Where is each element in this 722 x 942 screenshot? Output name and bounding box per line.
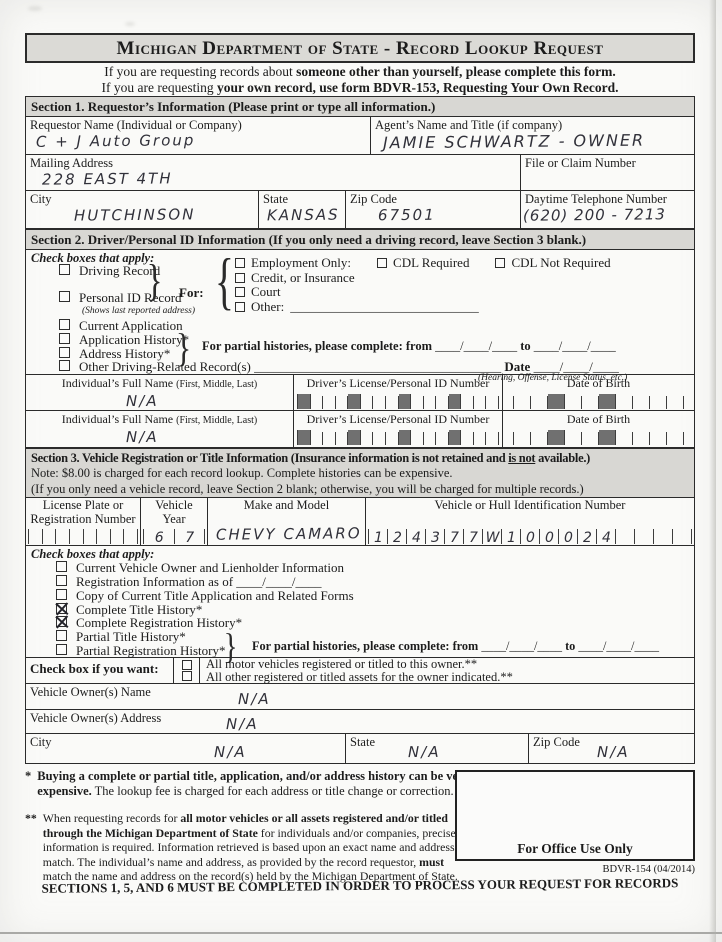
char-cell [616,396,633,409]
form-instructions: If you are requesting records about some… [25,63,695,96]
owner-city-row: City N/A State N/A Zip Code N/A [25,734,695,764]
vehicle-year-column: Vehicle Year 67 [141,498,208,545]
char-cell: 1 [368,529,388,544]
cdl-not-required-label: CDL Not Required [511,255,610,271]
cdl-required-label: CDL Required [393,255,469,271]
license-number-cells [297,428,499,445]
char-cell [336,396,349,409]
file-claim-field: File or Claim Number [521,155,694,190]
section2-body: Check boxes that apply: Driving Record P… [25,250,695,375]
char-cell [599,430,616,445]
char-cell [323,432,336,445]
license-number-cell: Driver’s License/Personal ID Number [294,411,503,447]
partial-histories-note: For partial histories, please complete: … [252,639,659,654]
date-of-birth-cell: Date of Birth [503,375,694,410]
license-plate-cells [28,526,138,544]
char-cell [124,529,138,544]
section2-header: Section 2. Driver/Personal ID Informatio… [25,229,695,250]
state-value: KANSAS [267,206,340,225]
date-of-birth-header: Date of Birth [503,375,694,390]
char-cell [311,396,324,409]
scanned-form-page: Michigan Department of State - Record Lo… [0,0,722,942]
owner-city-field: City N/A [26,734,346,763]
purpose-row-court: Court [235,285,611,300]
char-cell [654,529,673,544]
court-checkbox [235,287,245,297]
char-cell [513,432,531,445]
complete-title-history-checkbox [56,603,67,614]
scan-edge-line [0,932,722,934]
char-cell [28,529,43,544]
char-cell [373,396,386,409]
char-cell [650,432,667,445]
footnote-single-asterisk: * Buying a complete or partial title, ap… [25,769,470,799]
checkbox-row-application-history: Application History* [59,333,189,346]
partial-title-history-label: Partial Title History* [76,630,186,643]
char-cell [474,432,487,445]
for-label: For: [179,285,204,301]
char-cell [411,396,424,409]
footnote-double-text: When requesting records for all motor ve… [43,811,467,884]
char-cell: 7 [445,529,464,544]
other-driving-records-line: Other Driving-Related Record(s) ________… [79,360,619,373]
char-cell [531,396,548,409]
form-row: City HUTCHINSON State KANSAS Zip Code 67… [26,191,694,228]
owner-address-label: Vehicle Owner(s) Address [26,710,694,725]
copy-title-application-checkbox [56,589,67,600]
char-cell [436,432,449,445]
current-owner-label: Current Vehicle Owner and Lienholder Inf… [76,561,344,574]
brace: } [147,259,163,303]
full-name-header: Individual’s Full Name (First, Middle, L… [26,375,293,392]
char-cell [667,396,684,409]
char-cell [565,432,582,445]
zip-label: Zip Code [346,191,520,206]
purpose-row-other: Other: _____________________________ [235,300,611,315]
date-of-birth-cells [513,428,684,445]
personal-id-checkbox [59,291,70,302]
char-cell [474,396,487,409]
purpose-row-credit: Credit, or Insurance [235,271,611,286]
cdl-not-required-checkbox [495,258,505,268]
double-asterisk-marker: ** [25,811,37,884]
vehicle-year-header-line1: Vehicle [141,499,207,513]
scan-edge-band [709,0,716,942]
application-history-checkbox [59,333,70,344]
agent-name-label: Agent’s Name and Title (if company) [371,117,694,132]
char-cell [411,432,424,445]
char-cell [97,529,111,544]
char-cell [650,396,667,409]
char-cell [323,396,336,409]
want-checkbox-column [174,658,200,683]
section3-note2: (If you only need a vehicle record, leav… [31,482,689,498]
agent-name-field: Agent’s Name and Title (if company) JAMI… [371,117,694,154]
city-label: City [26,191,258,206]
owner-zip-field: Zip Code N/A [529,734,694,763]
file-claim-label: File or Claim Number [521,155,694,170]
asterisk-marker: * [25,769,31,799]
vehicle-table: License Plate or Registration Number Veh… [25,498,695,546]
full-name-header-main: Individual’s Full Name [62,376,173,390]
individual-row: Individual’s Full Name (First, Middle, L… [26,375,694,411]
char-cell [386,432,399,445]
registration-info-label: Registration Information as of ____/____… [76,575,322,588]
current-owner-checkbox [56,561,67,572]
license-plate-header: License Plate or Registration Number [26,498,140,526]
scan-smudge [125,22,135,26]
complete-registration-history-checkbox [56,616,67,627]
owner-state-value: N/A [408,743,441,761]
char-cell [399,430,412,445]
char-cell [461,396,474,409]
char-cell [599,394,616,409]
char-cell: 4 [407,529,426,544]
section3-title: Section 3. Vehicle Registration or Title… [31,450,689,466]
char-cell [70,529,84,544]
credit-insurance-checkbox [235,273,245,283]
vin-header: Vehicle or Hull Identification Number [366,498,694,513]
char-cell: 1 [502,529,521,544]
owner-name-label: Vehicle Owner(s) Name [26,684,694,699]
char-cell: 7 [175,529,206,544]
char-cell: 6 [143,529,175,544]
individuals-table: Individual’s Full Name (First, Middle, L… [25,375,695,448]
purpose-row-employment: Employment Only: CDL Required CDL Not Re… [235,256,611,271]
application-history-label: Application History* [79,333,189,346]
personal-id-label: Personal ID Record [79,291,182,304]
agent-name-value: JAMIE SCHWARTZ - OWNER [383,131,645,153]
all-motor-vehicles-label: All motor vehicles registered or titled … [206,658,694,671]
form-number: BDVR-154 (04/2014) [603,864,695,875]
owner-zip-value: N/A [597,743,630,761]
employment-only-label: Employment Only: [251,255,351,271]
char-cell [633,396,650,409]
vin-column: Vehicle or Hull Identification Number 12… [366,498,694,545]
char-cell [548,430,565,445]
char-cell [667,432,684,445]
complete-registration-history-label: Complete Registration History* [76,616,242,629]
checkbox-row-current-owner: Current Vehicle Owner and Lienholder Inf… [56,561,344,574]
footnote-double-asterisk: ** When requesting records for all motor… [25,811,467,884]
char-cell: 2 [578,529,597,544]
checkbox-row-personal-id: Personal ID Record [59,291,182,304]
char-cell: 0 [540,529,559,544]
char-cell [513,396,531,409]
partial-registration-history-label: Partial Registration History* [76,644,225,657]
partial-title-history-checkbox [56,630,67,641]
char-cell [386,396,399,409]
checkbox-row-complete-registration-history: Complete Registration History* [56,616,242,629]
requestor-name-label: Requestor Name (Individual or Company) [26,117,370,132]
checkbox-row-driving-record: Driving Record [59,264,160,277]
section3-header: Section 3. Vehicle Registration or Title… [25,448,695,498]
char-cell [297,394,311,409]
char-cell [616,432,633,445]
char-cell [373,432,386,445]
mailing-address-value: 228 EAST 4TH [42,169,173,188]
full-name-header-main: Individual’s Full Name [62,412,173,426]
char-cell [582,396,599,409]
char-cell [361,432,374,445]
license-plate-header-line1: License Plate or [26,499,140,513]
char-cell [486,432,499,445]
make-model-value: CHEVY CAMARO [216,524,365,544]
make-model-column: Make and Model CHEVY CAMARO [208,498,366,545]
checkbox-row-copy-title-application: Copy of Current Title Application and Re… [56,589,354,602]
all-motor-vehicles-checkbox [182,660,192,670]
want-label: Check box if you want: [26,658,174,683]
brace: { [215,250,234,312]
owner-name-value: N/A [238,690,271,708]
checkbox-row-current-application: Current Application [59,319,183,332]
owner-address-row: Vehicle Owner(s) Address N/A [25,710,695,734]
check-box-if-you-want-row: Check box if you want: All motor vehicle… [25,658,695,684]
date-of-birth-cells [513,392,684,409]
phone-field: Daytime Telephone Number (620) 200 - 721… [521,191,694,228]
phone-value: (620) 200 - 7213 [523,205,666,224]
want-options: All motor vehicles registered or titled … [200,658,694,683]
char-cell: 3 [426,529,445,544]
license-number-header: Driver’s License/Personal ID Number [294,411,502,426]
license-plate-header-line2: Registration Number [26,513,140,527]
char-cell [449,394,462,409]
full-name-cell: Individual’s Full Name (First, Middle, L… [26,411,294,447]
checkbox-row-partial-registration-history: Partial Registration History* [56,644,225,657]
vehicle-year-cells: 67 [143,526,205,544]
char-cell [548,394,565,409]
char-cell [56,529,70,544]
address-history-checkbox [59,347,70,358]
full-name-cell: Individual’s Full Name (First, Middle, L… [26,375,294,410]
section1-body: Requestor Name (Individual or Company) C… [25,117,695,229]
vin-cells: 124377W100024 [368,524,692,544]
char-cell [461,432,474,445]
char-cell [424,432,437,445]
other-purpose-label: Other: [251,299,284,315]
partial-registration-history-checkbox [56,644,67,655]
owner-city-value: N/A [214,743,247,761]
char-cell [531,432,548,445]
char-cell [565,396,582,409]
char-cell [582,432,599,445]
date-of-birth-cell: Date of Birth [503,411,694,447]
char-cell [361,396,374,409]
char-cell [43,529,57,544]
all-other-assets-label: All other registered or titled assets fo… [206,671,694,684]
other-driving-records-checkbox [59,360,70,371]
section3-checkboxes: Check boxes that apply: Current Vehicle … [25,546,695,658]
date-of-birth-header: Date of Birth [503,411,694,426]
owner-state-field: State N/A [346,734,529,763]
char-cell [84,529,98,544]
current-application-label: Current Application [79,319,183,332]
office-use-label: For Office Use Only [457,841,693,857]
form-title: Michigan Department of State - Record Lo… [25,33,695,63]
char-cell [616,529,635,544]
license-number-cells [297,392,499,409]
full-name-header: Individual’s Full Name (First, Middle, L… [26,411,293,428]
form-row: Requestor Name (Individual or Company) C… [26,117,694,155]
copy-title-application-label: Copy of Current Title Application and Re… [76,589,354,602]
char-cell [633,432,650,445]
city-value: HUTCHINSON [74,205,196,224]
char-cell: W [483,529,502,544]
char-cell [673,529,692,544]
char-cell [635,529,654,544]
owner-city-label: City [26,734,345,749]
char-cell [348,430,361,445]
checkbox-row-other-driving-records: Other Driving-Related Record(s) ________… [59,360,619,373]
full-name-value: N/A [126,428,159,446]
other-purpose-blank: _____________________________ [290,299,479,315]
char-cell: 0 [559,529,578,544]
form-row: Mailing Address 228 EAST 4TH File or Cla… [26,155,694,191]
requestor-name-value: C + J Auto Group [36,131,196,151]
court-label: Court [251,284,281,300]
office-use-box: For Office Use Only [455,770,695,861]
record-lookup-form: Michigan Department of State - Record Lo… [25,33,695,942]
zip-value: 67501 [378,206,436,225]
section1-header: Section 1. Requestor’s Information (Plea… [25,96,695,117]
char-cell [311,432,324,445]
char-cell [436,396,449,409]
full-name-header-small: (First, Middle, Last) [176,379,257,390]
state-label: State [259,191,345,206]
form-footer: * Buying a complete or partial title, ap… [25,764,695,942]
instruction-line-1: If you are requesting records about some… [25,64,695,80]
checkbox-row-partial-title-history: Partial Title History* [56,630,186,643]
char-cell: 4 [597,529,616,544]
instruction-line-2: If you are requesting your own record, u… [25,80,695,96]
employment-only-checkbox [235,258,245,268]
purpose-list: Employment Only: CDL Required CDL Not Re… [235,256,611,314]
full-name-header-small: (First, Middle, Last) [176,415,257,426]
scan-smudge [28,6,42,11]
owner-address-value: N/A [226,715,259,733]
state-field: State KANSAS [259,191,346,228]
all-other-assets-checkbox [182,671,192,681]
char-cell: 0 [521,529,540,544]
vehicle-year-header: Vehicle Year [141,498,207,526]
owner-name-row: Vehicle Owner(s) Name N/A [25,684,695,710]
vehicle-year-header-line2: Year [141,513,207,527]
char-cell [336,432,349,445]
char-cell [297,430,311,445]
full-name-value: N/A [126,392,159,410]
char-cell [424,396,437,409]
requestor-name-field: Requestor Name (Individual or Company) C… [26,117,371,154]
individual-row: Individual’s Full Name (First, Middle, L… [26,411,694,447]
char-cell: 7 [464,529,483,544]
city-field: City HUTCHINSON [26,191,259,228]
current-application-checkbox [59,319,70,330]
char-cell [486,396,499,409]
mailing-address-label: Mailing Address [26,155,520,170]
char-cell [399,394,412,409]
credit-insurance-label: Credit, or Insurance [251,270,355,286]
registration-info-checkbox [56,575,67,586]
license-number-cell: Driver’s License/Personal ID Number [294,375,503,410]
partial-histories-note: For partial histories, please complete: … [202,339,616,354]
license-plate-column: License Plate or Registration Number [26,498,141,545]
char-cell: 2 [388,529,407,544]
personal-id-note: (Shows last reported address) [82,306,195,316]
make-model-header: Make and Model [208,498,365,513]
char-cell [449,430,462,445]
checkbox-row-registration-info: Registration Information as of ____/____… [56,575,322,588]
phone-label: Daytime Telephone Number [521,191,694,206]
license-number-header: Driver’s License/Personal ID Number [294,375,502,390]
mailing-address-field: Mailing Address 228 EAST 4TH [26,155,521,190]
other-purpose-checkbox [235,302,245,312]
char-cell [111,529,125,544]
cdl-required-checkbox [377,258,387,268]
char-cell [348,394,361,409]
section3-note1: Note: $8.00 is charged for each record l… [31,466,689,482]
footnote-single-text: Buying a complete or partial title, appl… [37,769,470,799]
zip-field: Zip Code 67501 [346,191,521,228]
driving-record-checkbox [59,264,70,275]
